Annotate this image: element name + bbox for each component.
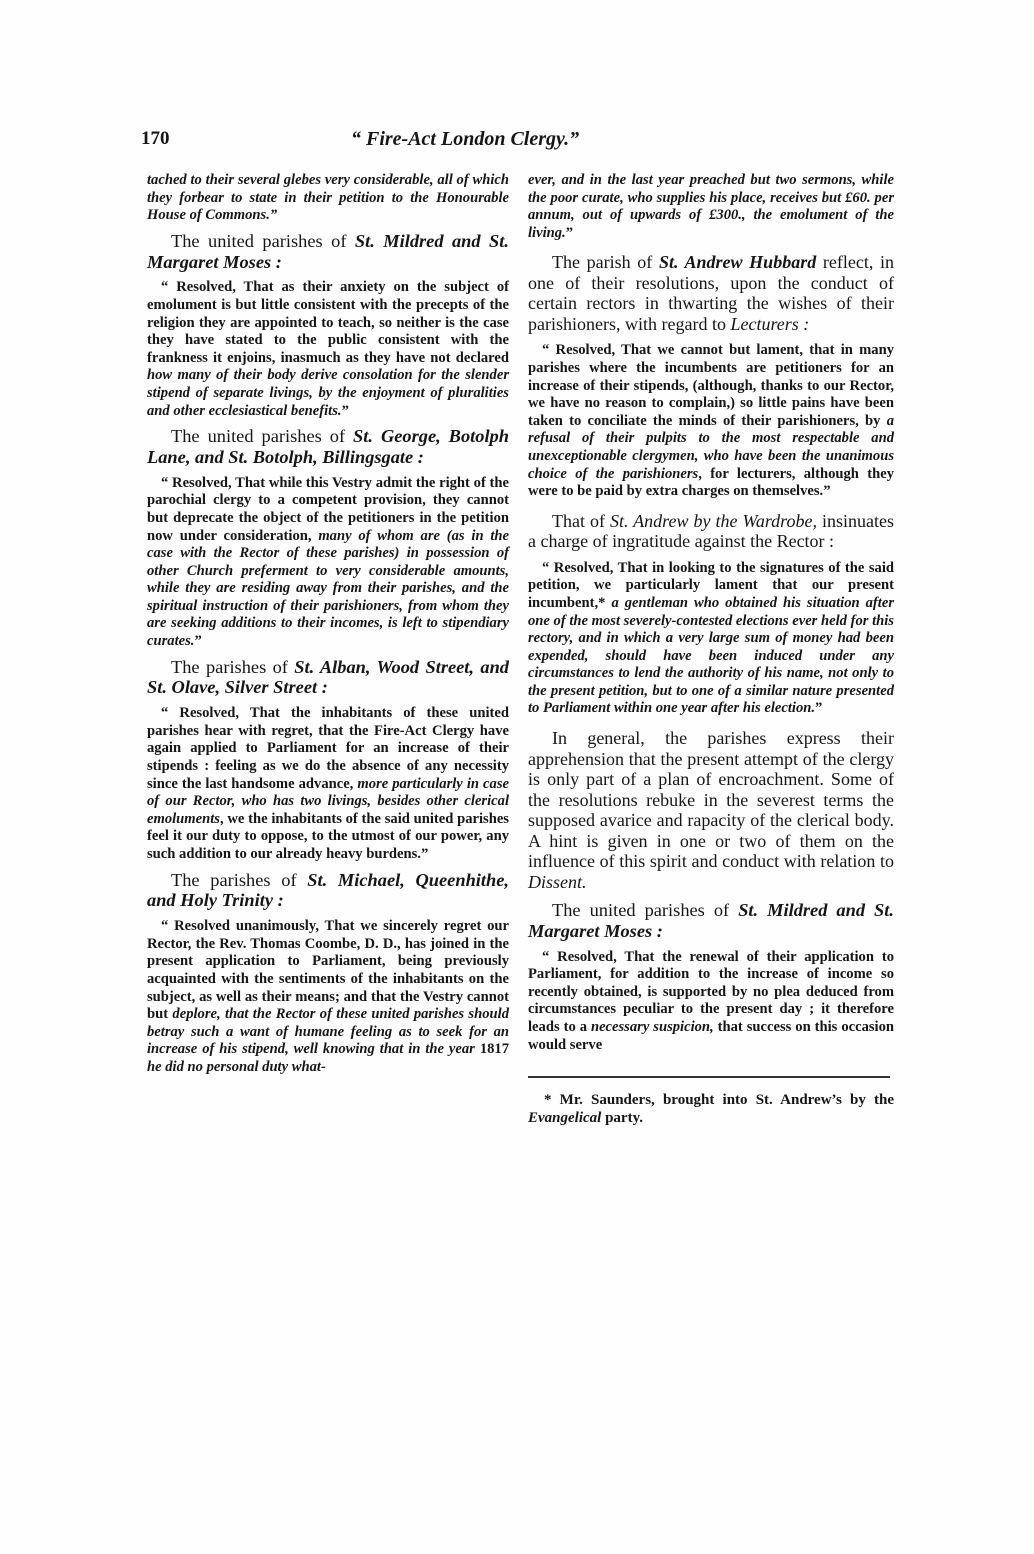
quote-close: ” [566,225,573,241]
running-title: “ Fire-Act London Clergy.” [351,128,579,151]
heading-text: The united parishes of [171,426,353,446]
quote-close: ” [815,700,822,716]
parish-name: St. Andrew by the Wardrobe, [610,511,817,531]
parish-name: St. Andrew Hubbard [659,252,816,272]
quote-text: “ Resolved, That we cannot but lament, t… [528,342,894,428]
para-text: That of [552,511,610,531]
quote-italic: many of whom are (as in the case with th… [147,528,509,650]
quote-close: ” [342,403,349,419]
italic-text: Lecturers : [730,314,809,334]
footnote-text: * Mr. Saunders, brought into St. Andrew’… [544,1092,894,1108]
heading-text: The united parishes of [171,231,355,251]
section-heading: The united parishes of St. George, Botol… [147,426,509,468]
resolution-quote: “ Resolved, That we cannot but lament, t… [528,342,894,500]
paragraph-continuation: tached to their several glebes very cons… [147,172,509,225]
body-paragraph: In general, the parishes express their a… [528,728,894,892]
quote-italic: a gentleman who obtained his situation a… [528,595,894,717]
resolution-quote: “ Resolved, That while this Vestry admit… [147,475,509,651]
section-heading: The united parishes of St. Mildred and S… [528,900,894,942]
body-paragraph: The parish of St. Andrew Hubbard reflect… [528,252,894,334]
footnote-italic: Evangelical [528,1110,601,1126]
heading-text: The parishes of [171,657,294,677]
quote-italic: necessary suspicion, [591,1019,714,1035]
body-paragraph: That of St. Andrew by the Wardrobe, insi… [528,511,894,552]
quote-close: ” [194,633,201,649]
page-number: 170 [141,128,170,150]
para-text: In general, the parishes express their a… [528,728,894,871]
resolution-quote: “ Resolved, That in looking to the signa… [528,560,894,718]
footnote: * Mr. Saunders, brought into St. Andrew’… [528,1092,894,1127]
footnote-text: party. [601,1110,643,1126]
italic-text: tached to their several glebes very cons… [147,172,509,223]
resolution-quote: “ Resolved, That as their anxiety on the… [147,279,509,420]
paragraph-continuation: ever, and in the last year preached but … [528,172,894,242]
quote-italic: he did no personal duty what- [147,1059,326,1075]
document-page: 170 “ Fire-Act London Clergy.” tached to… [0,0,1034,1554]
page-header: 170 “ Fire-Act London Clergy.” [141,128,901,152]
footnote-divider [528,1076,890,1078]
section-heading: The united parishes of St. Mildred and S… [147,231,509,273]
resolution-quote: “ Resolved unanimously, That we sincerel… [147,918,509,1076]
heading-text: The parishes of [171,870,307,890]
resolution-quote: “ Resolved, That the renewal of their ap… [528,949,894,1055]
italic-text: Dissent. [528,872,587,892]
section-heading: The parishes of St. Michael, Queenhithe,… [147,870,509,912]
quote-italic: deplore, that the Rector of these united… [147,1006,509,1057]
left-column: tached to their several glebes very cons… [147,172,509,1077]
italic-text: ever, and in the last year preached but … [528,172,894,241]
heading-text: The united parishes of [552,900,738,920]
year: 1817 [480,1041,509,1057]
quote-text: “ Resolved, That as their anxiety on the… [147,279,509,365]
right-column: ever, and in the last year preached but … [528,172,894,1127]
resolution-quote: “ Resolved, That the inhabitants of thes… [147,705,509,863]
quote-italic: how many of their body derive consolatio… [147,367,509,418]
section-heading: The parishes of St. Alban, Wood Street, … [147,657,509,699]
para-text: The parish of [552,252,659,272]
